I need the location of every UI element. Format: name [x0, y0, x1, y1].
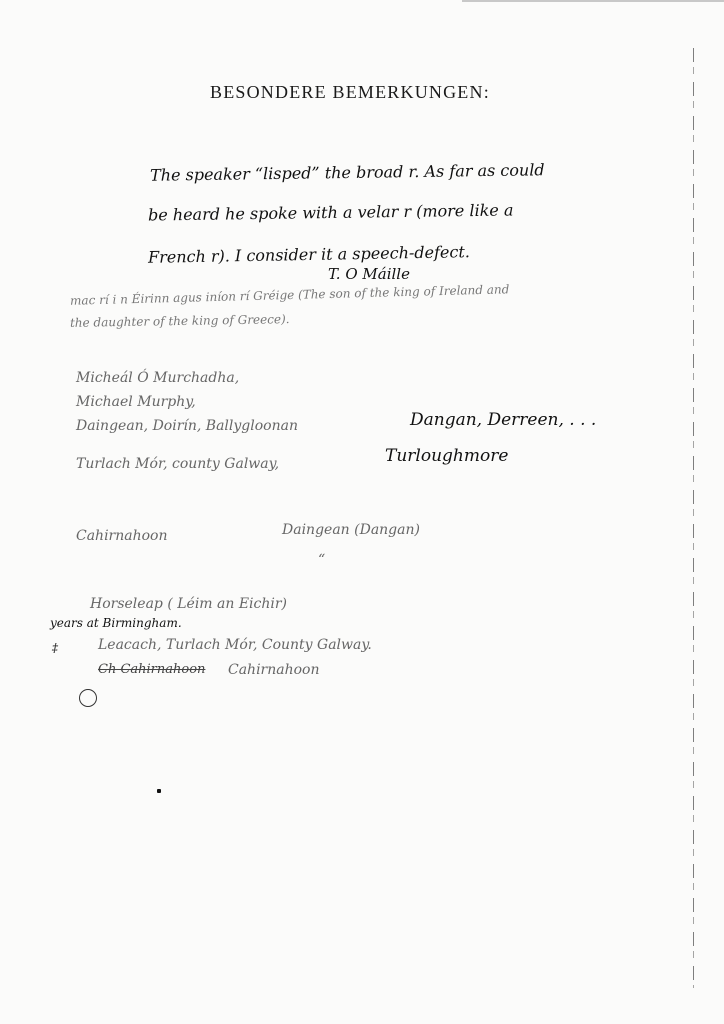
note-leacach: Leacach, Turlach Mór, County Galway. [98, 637, 372, 653]
signature: T. O Máille [328, 265, 410, 283]
remark-line-2: be heard he spoke with a velar r (more l… [148, 200, 514, 224]
speaker-county-irish: Turlach Mór, county Galway, [76, 456, 279, 472]
note-marker: ‡ [52, 641, 58, 655]
document-page: BESONDERE BEMERKUNGEN: The speaker “lisp… [0, 0, 724, 1024]
story-title-line-1: mac rí i n Éirinn agus iníon rí Gréige (… [70, 282, 510, 307]
speaker-name-english: Michael Murphy, [76, 394, 196, 410]
note-cahirnahoon: Cahirnahoon [228, 662, 320, 678]
speaker-county-english: Turloughmore [385, 446, 508, 466]
ditto-mark: “ [318, 552, 325, 568]
speaker-name-irish: Micheál Ó Murchadha, [76, 370, 239, 386]
remark-line-1: The speaker “lisped” the broad r. As far… [150, 160, 545, 185]
note-horseleap: Horseleap ( Léim an Eichir) [90, 596, 287, 612]
page-heading: BESONDERE BEMERKUNGEN: [210, 82, 490, 103]
speaker-places-irish: Daingean, Doirín, Ballygloonan [76, 418, 298, 434]
remark-line-3: French r). I consider it a speech-defect… [148, 242, 470, 267]
circle-mark [79, 689, 97, 707]
location-cahirnahoon: Cahirnahoon [76, 528, 168, 544]
story-title-line-2: the daughter of the king of Greece). [70, 312, 290, 330]
ink-dot [157, 789, 161, 793]
speaker-places-english: Dangan, Derreen, . . . [410, 410, 596, 430]
note-years: years at Birmingham. [50, 616, 182, 630]
right-margin-line [693, 48, 694, 988]
note-struck-out: Ch Cahirnahoon [98, 662, 205, 677]
location-daingean: Daingean (Dangan) [282, 522, 420, 538]
top-edge-line [462, 0, 724, 2]
